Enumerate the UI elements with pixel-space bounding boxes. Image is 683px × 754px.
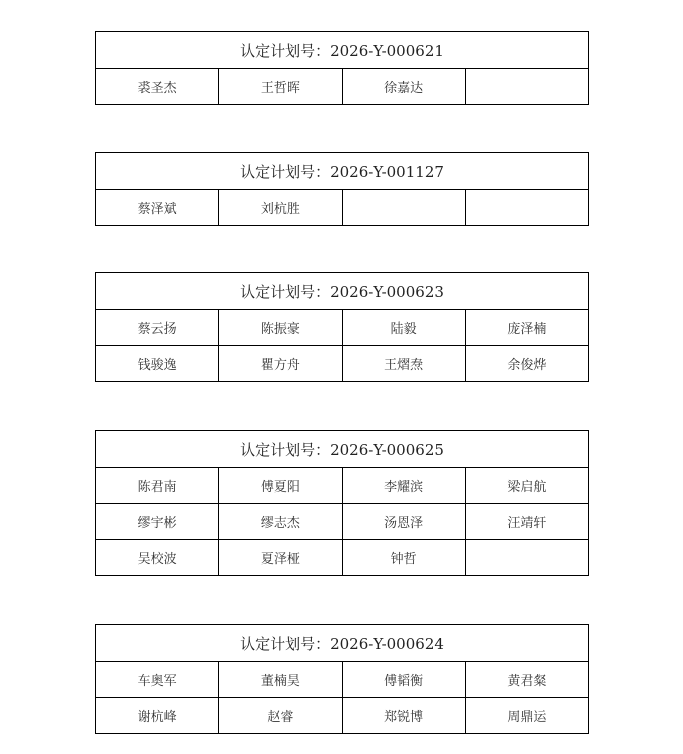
name-cell: 黄君粲 [465,662,588,698]
name-cell: 钱骏逸 [96,346,219,382]
name-cell [342,190,465,226]
name-cell: 汤恩泽 [342,504,465,540]
table-row: 钱骏逸 瞿方舟 王熠焘 余俊烨 [96,346,589,382]
name-cell: 裘圣杰 [96,69,219,105]
name-cell: 吴校波 [96,540,219,576]
table-row: 蔡云扬 陈振豪 陆毅 庞泽楠 [96,310,589,346]
name-cell: 刘杭胜 [219,190,342,226]
table-row: 谢杭峰 赵睿 郑锐博 周鼎运 [96,698,589,734]
table-header-row: 认定计划号：2026-Y-001127 [96,153,589,190]
name-cell: 陈振豪 [219,310,342,346]
name-cell: 蔡泽斌 [96,190,219,226]
table-row: 缪宇彬 缪志杰 汤恩泽 汪靖轩 [96,504,589,540]
name-cell: 郑锐博 [342,698,465,734]
plan-table-000621: 认定计划号：2026-Y-000621 裘圣杰 王哲晖 徐嘉达 [95,31,589,105]
name-cell: 徐嘉达 [342,69,465,105]
plan-title: 认定计划号：2026-Y-001127 [96,153,589,190]
name-cell: 陈君南 [96,468,219,504]
name-cell: 余俊烨 [465,346,588,382]
plan-table-001127: 认定计划号：2026-Y-001127 蔡泽斌 刘杭胜 [95,152,589,226]
table-row: 蔡泽斌 刘杭胜 [96,190,589,226]
name-cell: 梁启航 [465,468,588,504]
table-header-row: 认定计划号：2026-Y-000623 [96,273,589,310]
plan-title: 认定计划号：2026-Y-000625 [96,431,589,468]
name-cell: 谢杭峰 [96,698,219,734]
table-row: 吴校波 夏泽桠 钟哲 [96,540,589,576]
table-header-row: 认定计划号：2026-Y-000621 [96,32,589,69]
table-header-row: 认定计划号：2026-Y-000625 [96,431,589,468]
name-cell: 周鼎运 [465,698,588,734]
name-cell: 车奥军 [96,662,219,698]
name-cell: 傅韬衡 [342,662,465,698]
name-cell: 王哲晖 [219,69,342,105]
name-cell: 李耀滨 [342,468,465,504]
name-cell: 瞿方舟 [219,346,342,382]
table-row: 陈君南 傅夏阳 李耀滨 梁启航 [96,468,589,504]
name-cell: 缪志杰 [219,504,342,540]
name-cell: 钟哲 [342,540,465,576]
table-row: 裘圣杰 王哲晖 徐嘉达 [96,69,589,105]
name-cell: 陆毅 [342,310,465,346]
plan-title: 认定计划号：2026-Y-000624 [96,625,589,662]
name-cell [465,190,588,226]
name-cell: 缪宇彬 [96,504,219,540]
plan-title: 认定计划号：2026-Y-000621 [96,32,589,69]
plan-table-000624: 认定计划号：2026-Y-000624 车奥军 董楠昊 傅韬衡 黄君粲 谢杭峰 … [95,624,589,734]
table-header-row: 认定计划号：2026-Y-000624 [96,625,589,662]
name-cell: 汪靖轩 [465,504,588,540]
name-cell: 庞泽楠 [465,310,588,346]
name-cell [465,540,588,576]
name-cell [465,69,588,105]
name-cell: 傅夏阳 [219,468,342,504]
plan-table-000623: 认定计划号：2026-Y-000623 蔡云扬 陈振豪 陆毅 庞泽楠 钱骏逸 瞿… [95,272,589,382]
plan-title: 认定计划号：2026-Y-000623 [96,273,589,310]
name-cell: 夏泽桠 [219,540,342,576]
name-cell: 王熠焘 [342,346,465,382]
name-cell: 赵睿 [219,698,342,734]
table-row: 车奥军 董楠昊 傅韬衡 黄君粲 [96,662,589,698]
name-cell: 董楠昊 [219,662,342,698]
name-cell: 蔡云扬 [96,310,219,346]
plan-table-000625: 认定计划号：2026-Y-000625 陈君南 傅夏阳 李耀滨 梁启航 缪宇彬 … [95,430,589,576]
